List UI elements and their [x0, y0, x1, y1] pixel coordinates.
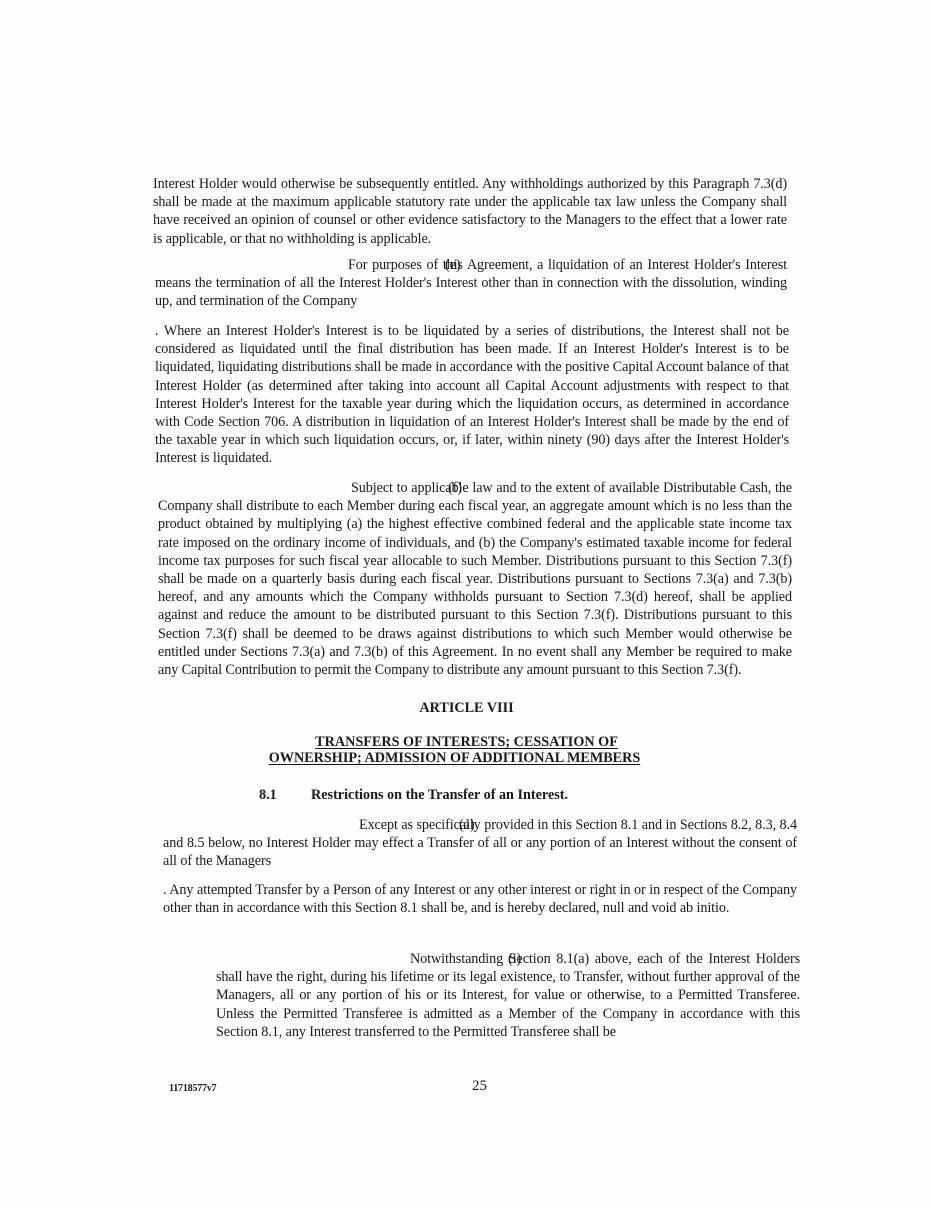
page-number: 25: [472, 1078, 487, 1095]
article-title-line-2: OWNERSHIP; ADMISSION OF ADDITIONAL MEMBE…: [0, 749, 921, 767]
paragraph-7-3-f: (f)Subject to applicable law and to the …: [158, 479, 792, 679]
document-id: 11718577v7: [169, 1083, 216, 1094]
paragraph-7-3-e: (e)For purposes of this Agreement, a liq…: [155, 256, 787, 311]
paragraph-attempted-transfer: . Any attempted Transfer by a Person of …: [163, 881, 797, 917]
clause-text-f: Subject to applicable law and to the ext…: [158, 480, 792, 678]
paragraph-8-1-a-i: (i)Notwithstanding Section 8.1(a) above,…: [216, 950, 800, 1041]
clause-text-a: Except as specifically provided in this …: [163, 817, 797, 869]
clause-label-f: (f): [303, 479, 351, 497]
section-title: Restrictions on the Transfer of an Inter…: [311, 786, 568, 804]
document-page: Interest Holder would otherwise be subse…: [0, 0, 933, 1209]
paragraph-liquidation-terms: . Where an Interest Holder's Interest is…: [155, 322, 789, 468]
paragraph-8-1-a: (a)Except as specifically provided in th…: [163, 816, 797, 871]
clause-label-a: (a): [311, 816, 359, 834]
section-number: 8.1: [259, 786, 277, 804]
clause-text-i: Notwithstanding Section 8.1(a) above, ea…: [216, 951, 800, 1040]
clause-label-i: (i): [362, 950, 410, 968]
paragraph-withholding-continuation: Interest Holder would otherwise be subse…: [153, 175, 787, 248]
clause-text-e: For purposes of this Agreement, a liquid…: [155, 257, 787, 309]
article-number: ARTICLE VIII: [0, 699, 933, 717]
clause-label-e: (e): [300, 256, 348, 274]
